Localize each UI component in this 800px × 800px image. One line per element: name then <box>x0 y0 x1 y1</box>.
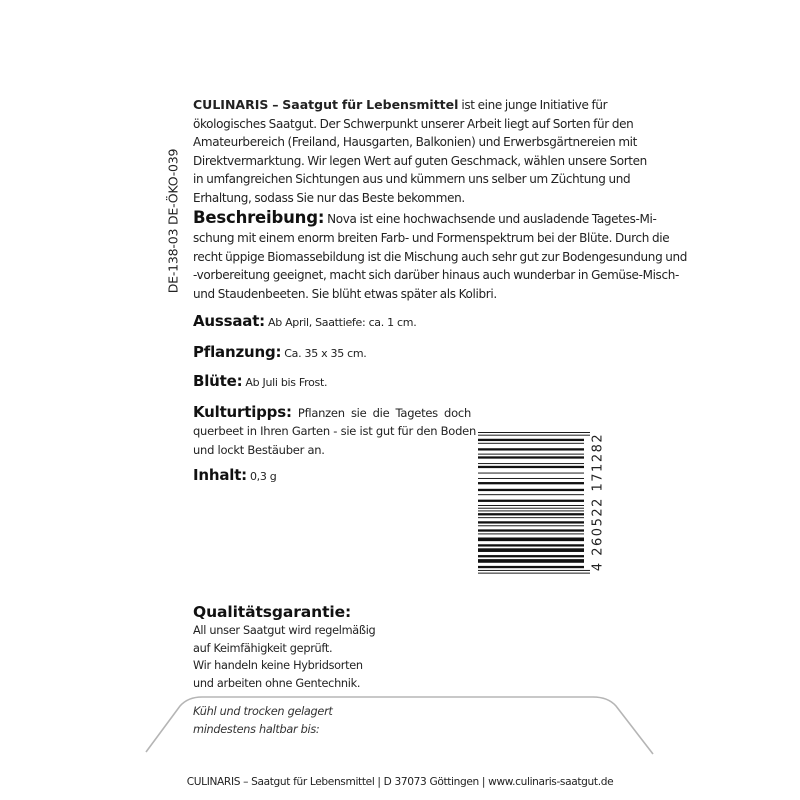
content-label: Inhalt: <box>193 466 247 484</box>
intro-paragraph: CULINARIS – Saatgut für Lebensmittel ist… <box>193 96 605 208</box>
intro-line: Amateurbereich (Freiland, Hausgarten, Ba… <box>193 133 605 152</box>
intro-line: Direktvermarktung. Wir legen Wert auf gu… <box>193 152 605 171</box>
quality-line: und arbeiten ohne Gentechnik. <box>193 675 375 693</box>
barcode-digits: 4 260522 171282 <box>591 433 606 571</box>
intro-line: in umfangreichen Sichtungen aus und kümm… <box>193 170 605 189</box>
quality-section: Qualitätsgarantie: All unser Saatgut wir… <box>193 603 375 692</box>
tips-line: und lockt Bestäuber an. <box>193 441 471 460</box>
content-value: 0,3 g <box>250 470 276 483</box>
tips-line: querbeet in Ihren Garten - sie ist gut f… <box>193 422 471 441</box>
brand-name: CULINARIS – Saatgut für Lebensmittel <box>193 97 458 112</box>
tips-label: Kulturtipps: <box>193 403 292 421</box>
planting-value: Ca. 35 x 35 cm. <box>284 347 366 360</box>
quality-line: Wir handeln keine Hybridsorten <box>193 657 375 675</box>
description-line: Beschreibung: Nova ist eine hochwachsend… <box>193 209 605 229</box>
intro-line: ökologisches Saatgut. Der Schwerpunkt un… <box>193 115 605 134</box>
description-label: Beschreibung: <box>193 208 324 227</box>
certification-code: DE-138-03 DE-ÖKO-039 <box>166 149 181 294</box>
footer-address: CULINARIS – Saatgut für Lebensmittel | D… <box>0 776 800 788</box>
quality-line: auf Keimfähigkeit geprüft. <box>193 640 375 658</box>
description-line: und Staudenbeeten. Sie blüht etwas späte… <box>193 285 605 304</box>
bloom-label: Blüte: <box>193 372 242 390</box>
description-section: Beschreibung: Nova ist eine hochwachsend… <box>193 209 605 303</box>
planting-field: Pflanzung:Ca. 35 x 35 cm. <box>193 343 366 361</box>
description-line: schung mit einem enorm breiten Farb- und… <box>193 229 605 248</box>
bloom-field: Blüte:Ab Juli bis Frost. <box>193 372 327 390</box>
storage-line: Kühl und trocken gelagert <box>193 703 333 721</box>
sowing-value: Ab April, Saattiefe: ca. 1 cm. <box>268 316 416 329</box>
intro-line: CULINARIS – Saatgut für Lebensmittel ist… <box>193 96 605 115</box>
tips-line: Kulturtipps: Pflanzen sie die Tagetes do… <box>193 403 471 422</box>
description-line: recht üppige Biomassebildung ist die Mis… <box>193 248 605 267</box>
intro-line: Erhaltung, sodass Sie nur das Beste beko… <box>193 189 605 208</box>
content-field: Inhalt:0,3 g <box>193 466 276 484</box>
planting-label: Pflanzung: <box>193 343 281 361</box>
quality-title: Qualitätsgarantie: <box>193 603 375 622</box>
storage-note: Kühl und trocken gelagert mindestens hal… <box>193 703 333 739</box>
description-line: -vorbereitung geeignet, macht sich darüb… <box>193 266 605 285</box>
sowing-field: Aussaat:Ab April, Saattiefe: ca. 1 cm. <box>193 312 416 330</box>
bloom-value: Ab Juli bis Frost. <box>245 376 327 389</box>
storage-line: mindestens haltbar bis: <box>193 721 333 739</box>
tips-section: Kulturtipps: Pflanzen sie die Tagetes do… <box>193 403 471 459</box>
sowing-label: Aussaat: <box>193 312 265 330</box>
quality-line: All unser Saatgut wird regelmäßig <box>193 622 375 640</box>
